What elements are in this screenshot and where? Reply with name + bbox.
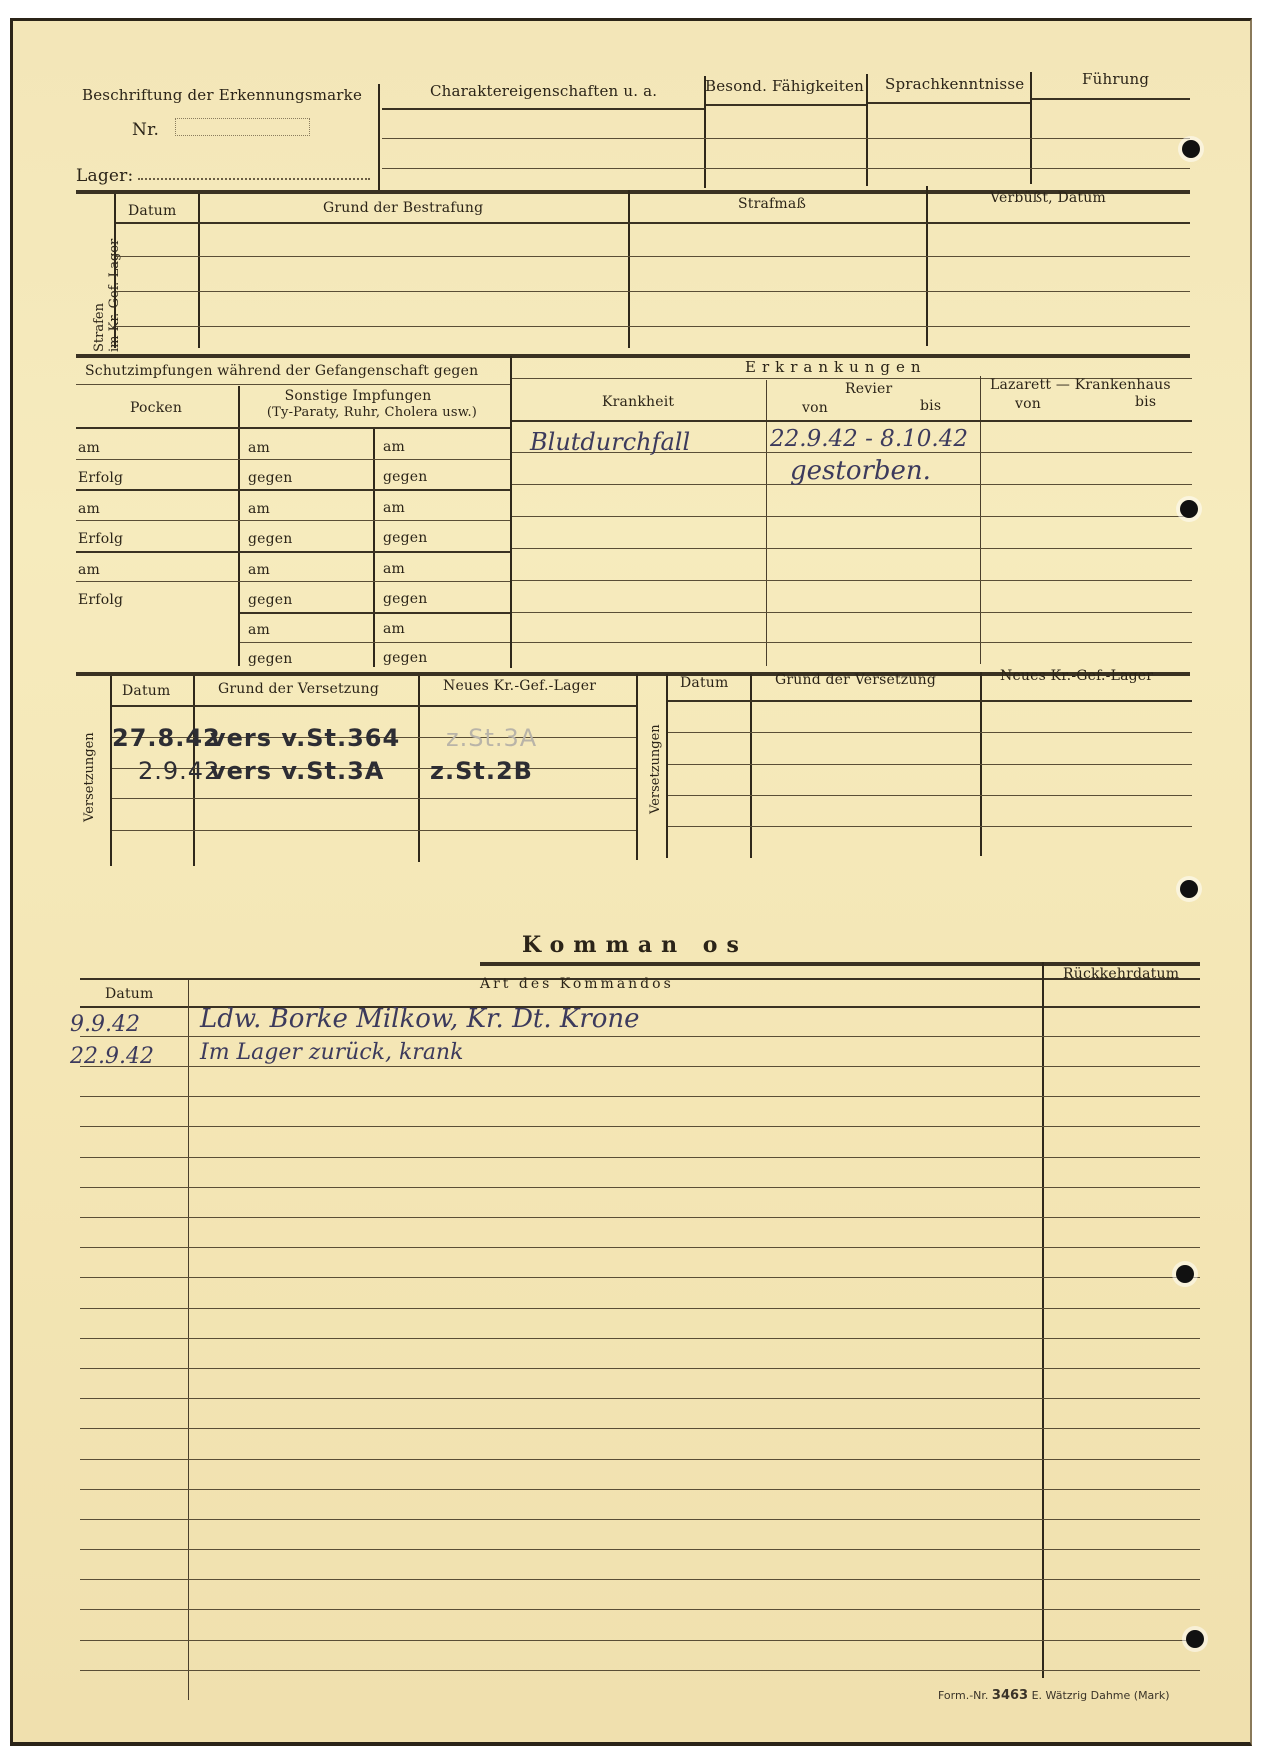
vaccine-cell: gegen [383,530,428,546]
commando-type: Im Lager zurück, krank [200,1040,463,1065]
col-revier: Revier [845,381,892,397]
rule [116,326,1190,327]
divider [418,676,420,862]
col-hospital: Lazarett — Krankenhaus [990,377,1171,393]
illness-note: gestorben. [790,456,931,486]
rule [116,291,1190,292]
vaccine-cell: gegen [383,650,428,666]
vaccine-cell: am [383,439,405,455]
divider [373,427,375,667]
divider [198,194,200,348]
rule [112,830,636,831]
nr-label: Nr. [132,120,159,140]
form-prefix: Form.-Nr. [938,1689,988,1702]
col-sentence: Strafmaß [738,196,806,212]
transfers-side-label-left: Versetzungen [82,732,97,822]
rule [668,795,1192,796]
header-languages: Sprachkenntnisse [885,75,1024,93]
rule [240,642,510,643]
rule [116,222,1190,224]
commando-col-type: Art des Kommandos [480,976,674,992]
rule [868,102,1030,104]
pocken-row: Erfolg [78,592,123,608]
rule [668,826,1192,827]
section-rule [76,354,1190,358]
divider [510,356,512,668]
illness-title: Erkrankungen [745,358,927,376]
divider [114,194,116,348]
transfer-col-reason-2: Grund der Versetzung [775,672,936,688]
vaccine-cell: am [248,562,270,578]
rule [512,580,1192,581]
rule [80,1519,1200,1520]
col-datum: Datum [128,203,177,219]
commando-date: 9.9.42 [70,1012,140,1037]
rule [76,489,510,491]
tag-label: Beschriftung der Erkennungsmarke [82,86,362,104]
rule [76,427,510,429]
pocken-row: Erfolg [78,470,123,486]
punch-hole-icon [1182,140,1200,158]
transfer-date: 27.8.42 [112,724,221,752]
punch-hole-icon [1180,500,1198,518]
vaccine-cell: gegen [383,469,428,485]
lager-field[interactable] [138,168,370,180]
punch-hole-icon [1176,1265,1194,1283]
commandos-title: Komman os [522,932,748,958]
transfer-new-camp: z.St.2B [430,757,533,785]
col-hospital-to: bis [1135,394,1156,410]
col-hospital-from: von [1015,396,1041,412]
divider [378,84,380,192]
rule [80,1579,1200,1580]
header-conduct: Führung [1082,70,1149,88]
rule [80,1187,1200,1188]
rule [512,612,1192,613]
rule [80,1368,1200,1369]
col-other-vaccines-sub: (Ty-Paraty, Ruhr, Cholera usw.) [267,405,477,420]
divider [1042,962,1044,1678]
transfer-new-camp: z.St.3A [446,724,537,752]
commando-col-return: Rückkehrdatum [1063,966,1179,982]
col-reason: Grund der Bestrafung [323,200,483,216]
rule [76,581,510,582]
col-revier-from: von [802,400,828,416]
rule [1032,98,1190,100]
divider [704,76,706,188]
header-character: Charaktereigenschaften u. a. [430,82,657,100]
pocken-row: am [78,440,100,456]
vaccination-title: Schutzimpfungen während der Gefangenscha… [85,363,478,379]
rule [112,705,636,707]
rule [706,104,866,106]
rule [668,764,1192,765]
rule [76,459,510,460]
rule [512,420,1192,422]
rule [382,108,704,110]
form-footer: Form.-Nr. 3463 E. Wätzrig Dahme (Mark) [938,1688,1169,1703]
rule [80,1428,1200,1429]
rule [80,1096,1200,1097]
vaccine-cell: am [383,621,405,637]
commando-type: Ldw. Borke Milkow, Kr. Dt. Krone [200,1004,640,1034]
transfer-col-reason: Grund der Versetzung [218,681,379,697]
rule [80,1489,1200,1490]
vaccine-cell: am [248,622,270,638]
rule [382,168,1190,169]
rule [80,1549,1200,1550]
rule [80,1308,1200,1309]
col-other-vaccines: Sonstige Impfungen [285,388,432,404]
col-illness: Krankheit [602,394,674,410]
transfers-side-label-right: Versetzungen [648,724,663,814]
divider [188,980,189,1700]
divider [628,190,630,348]
vaccine-cell: gegen [383,591,428,607]
printer-name: E. Wätzrig Dahme (Mark) [1032,1689,1170,1702]
commando-col-date: Datum [105,986,154,1002]
vaccine-cell: gegen [248,470,293,486]
divider [866,74,868,186]
transfer-col-camp-2: Neues Kr.-Gef.-Lager [1000,668,1153,684]
rule [382,138,1190,139]
rule [80,1670,1200,1671]
pocken-row: am [78,501,100,517]
transfer-date: 2.9.42 [138,757,220,785]
rule [240,612,510,614]
rule [76,520,510,521]
lager-label: Lager: [76,166,133,186]
vaccine-cell: gegen [248,651,293,667]
commando-date: 22.9.42 [70,1044,154,1069]
rule [80,1066,1200,1067]
rule [76,551,510,553]
vaccine-cell: am [248,440,270,456]
vaccine-cell: gegen [248,531,293,547]
vaccine-cell: gegen [248,592,293,608]
form-paper [10,18,1252,1746]
col-pocken: Pocken [130,400,182,416]
transfer-col-camp: Neues Kr.-Gef.-Lager [443,678,596,694]
pocken-row: Erfolg [78,531,123,547]
rule [512,548,1192,549]
transfer-reason: vers v.St.364 [210,724,400,752]
vaccine-cell: am [383,500,405,516]
vaccine-cell: am [248,501,270,517]
rule [80,1126,1200,1127]
rule [80,1609,1200,1610]
rule [80,1398,1200,1399]
vaccine-cell: am [383,561,405,577]
rule [668,732,1192,733]
rule [512,516,1192,517]
rule [76,384,510,385]
header-abilities: Besond. Fähigkeiten [705,77,864,95]
punch-hole-icon [1180,880,1198,898]
rule [512,642,1192,643]
transfer-col-date: Datum [122,683,171,699]
illness-name: Blutdurchfall [530,428,690,456]
rule [80,1247,1200,1248]
side-label-1: Strafen [92,303,107,352]
form-number: 3463 [992,1688,1028,1703]
rule [116,256,1190,257]
illness-revier-dates: 22.9.42 - 8.10.42 [770,426,968,452]
rule [80,1157,1200,1158]
rule [80,1277,1200,1278]
transfer-col-date-2: Datum [680,675,729,691]
pocken-row: am [78,562,100,578]
rule [668,700,1192,702]
rule [80,1217,1200,1218]
divider [636,674,638,860]
rule [80,1459,1200,1460]
rule [80,1036,1200,1037]
rule [112,798,636,799]
divider [926,186,928,346]
col-revier-to: bis [920,398,941,414]
rule [80,1338,1200,1339]
rule [80,1640,1200,1641]
punch-hole-icon [1186,1630,1204,1648]
nr-field[interactable] [175,118,310,136]
transfer-reason: vers v.St.3A [210,757,384,785]
col-served: Verbüßt, Datum [990,190,1106,206]
divider [766,380,767,666]
